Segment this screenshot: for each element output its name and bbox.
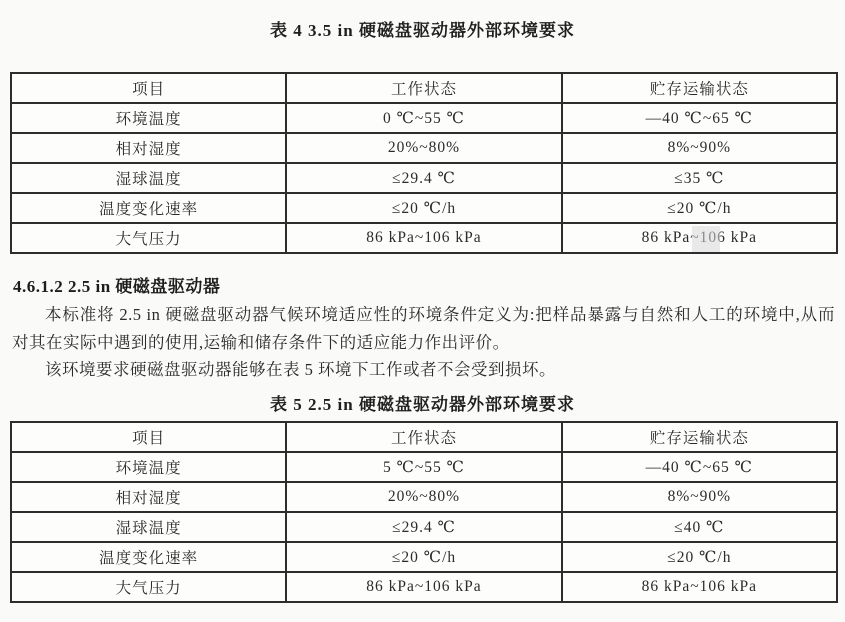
table-cell: 温度变化速率: [11, 542, 286, 572]
table-row: 环境温度0 ℃~55 ℃—40 ℃~65 ℃: [11, 103, 837, 133]
header-cell: 工作状态: [286, 73, 561, 103]
table-row: 湿球温度≤29.4 ℃≤40 ℃: [11, 512, 837, 542]
table-cell: ≤29.4 ℃: [286, 512, 561, 542]
table-cell: 86 kPa~106 kPa: [562, 572, 837, 602]
table-cell: ≤20 ℃/h: [562, 193, 837, 223]
body-paragraph-requirement: 该环境要求硬磁盘驱动器能够在表 5 环境下工作或者不会受到损坏。: [12, 356, 835, 384]
table-cell: —40 ℃~65 ℃: [562, 103, 837, 133]
table-cell: 20%~80%: [286, 133, 561, 163]
table-4-title: 表 4 3.5 in 硬磁盘驱动器外部环境要求: [0, 16, 845, 41]
table-row: 湿球温度≤29.4 ℃≤35 ℃: [11, 163, 837, 193]
table-5-environment-requirements: 项目工作状态贮存运输状态 环境温度5 ℃~55 ℃—40 ℃~65 ℃相对湿度2…: [10, 421, 838, 603]
table-cell: ≤20 ℃/h: [562, 542, 837, 572]
table-cell: 湿球温度: [11, 512, 286, 542]
header-cell: 贮存运输状态: [562, 422, 837, 452]
table-4-environment-requirements: 项目工作状态贮存运输状态 环境温度0 ℃~55 ℃—40 ℃~65 ℃相对湿度2…: [10, 72, 838, 254]
table-row: 大气压力86 kPa~106 kPa86 kPa~106 kPa: [11, 223, 837, 253]
table-cell: 8%~90%: [562, 482, 837, 512]
table-row: 温度变化速率≤20 ℃/h≤20 ℃/h: [11, 193, 837, 223]
table-5-title: 表 5 2.5 in 硬磁盘驱动器外部环境要求: [0, 390, 845, 415]
table-cell: ≤29.4 ℃: [286, 163, 561, 193]
table-cell: 温度变化速率: [11, 193, 286, 223]
section-heading-4612: 4.6.1.2 2.5 in 硬磁盘驱动器: [13, 272, 220, 297]
table-row: 环境温度5 ℃~55 ℃—40 ℃~65 ℃: [11, 452, 837, 482]
table-cell: 相对湿度: [11, 482, 286, 512]
table-row: 相对湿度20%~80%8%~90%: [11, 482, 837, 512]
table-cell: 环境温度: [11, 452, 286, 482]
table-cell: 0 ℃~55 ℃: [286, 103, 561, 133]
header-cell: 工作状态: [286, 422, 561, 452]
table-cell: 环境温度: [11, 103, 286, 133]
table-cell: 86 kPa~106 kPa: [286, 572, 561, 602]
header-cell: 项目: [11, 73, 286, 103]
table-row: 温度变化速率≤20 ℃/h≤20 ℃/h: [11, 542, 837, 572]
table-cell: 湿球温度: [11, 163, 286, 193]
table-cell: 相对湿度: [11, 133, 286, 163]
table-cell: 大气压力: [11, 223, 286, 253]
table-cell: —40 ℃~65 ℃: [562, 452, 837, 482]
table-cell: 86 kPa~106 kPa: [286, 223, 561, 253]
table-cell: 8%~90%: [562, 133, 837, 163]
table-cell: 5 ℃~55 ℃: [286, 452, 561, 482]
table-cell: ≤40 ℃: [562, 512, 837, 542]
table-cell: ≤20 ℃/h: [286, 193, 561, 223]
table-cell: 大气压力: [11, 572, 286, 602]
document-page: 表 4 3.5 in 硬磁盘驱动器外部环境要求 项目工作状态贮存运输状态 环境温…: [0, 0, 845, 622]
table-cell: 86 kPa~106 kPa: [562, 223, 837, 253]
table-cell: ≤20 ℃/h: [286, 542, 561, 572]
table-row: 相对湿度20%~80%8%~90%: [11, 133, 837, 163]
header-cell: 贮存运输状态: [562, 73, 837, 103]
header-cell: 项目: [11, 422, 286, 452]
table-cell: 20%~80%: [286, 482, 561, 512]
body-paragraph-definition: 本标准将 2.5 in 硬磁盘驱动器气候环境适应性的环境条件定义为:把样品暴露与…: [12, 301, 835, 356]
table-cell: ≤35 ℃: [562, 163, 837, 193]
table-row: 大气压力86 kPa~106 kPa86 kPa~106 kPa: [11, 572, 837, 602]
